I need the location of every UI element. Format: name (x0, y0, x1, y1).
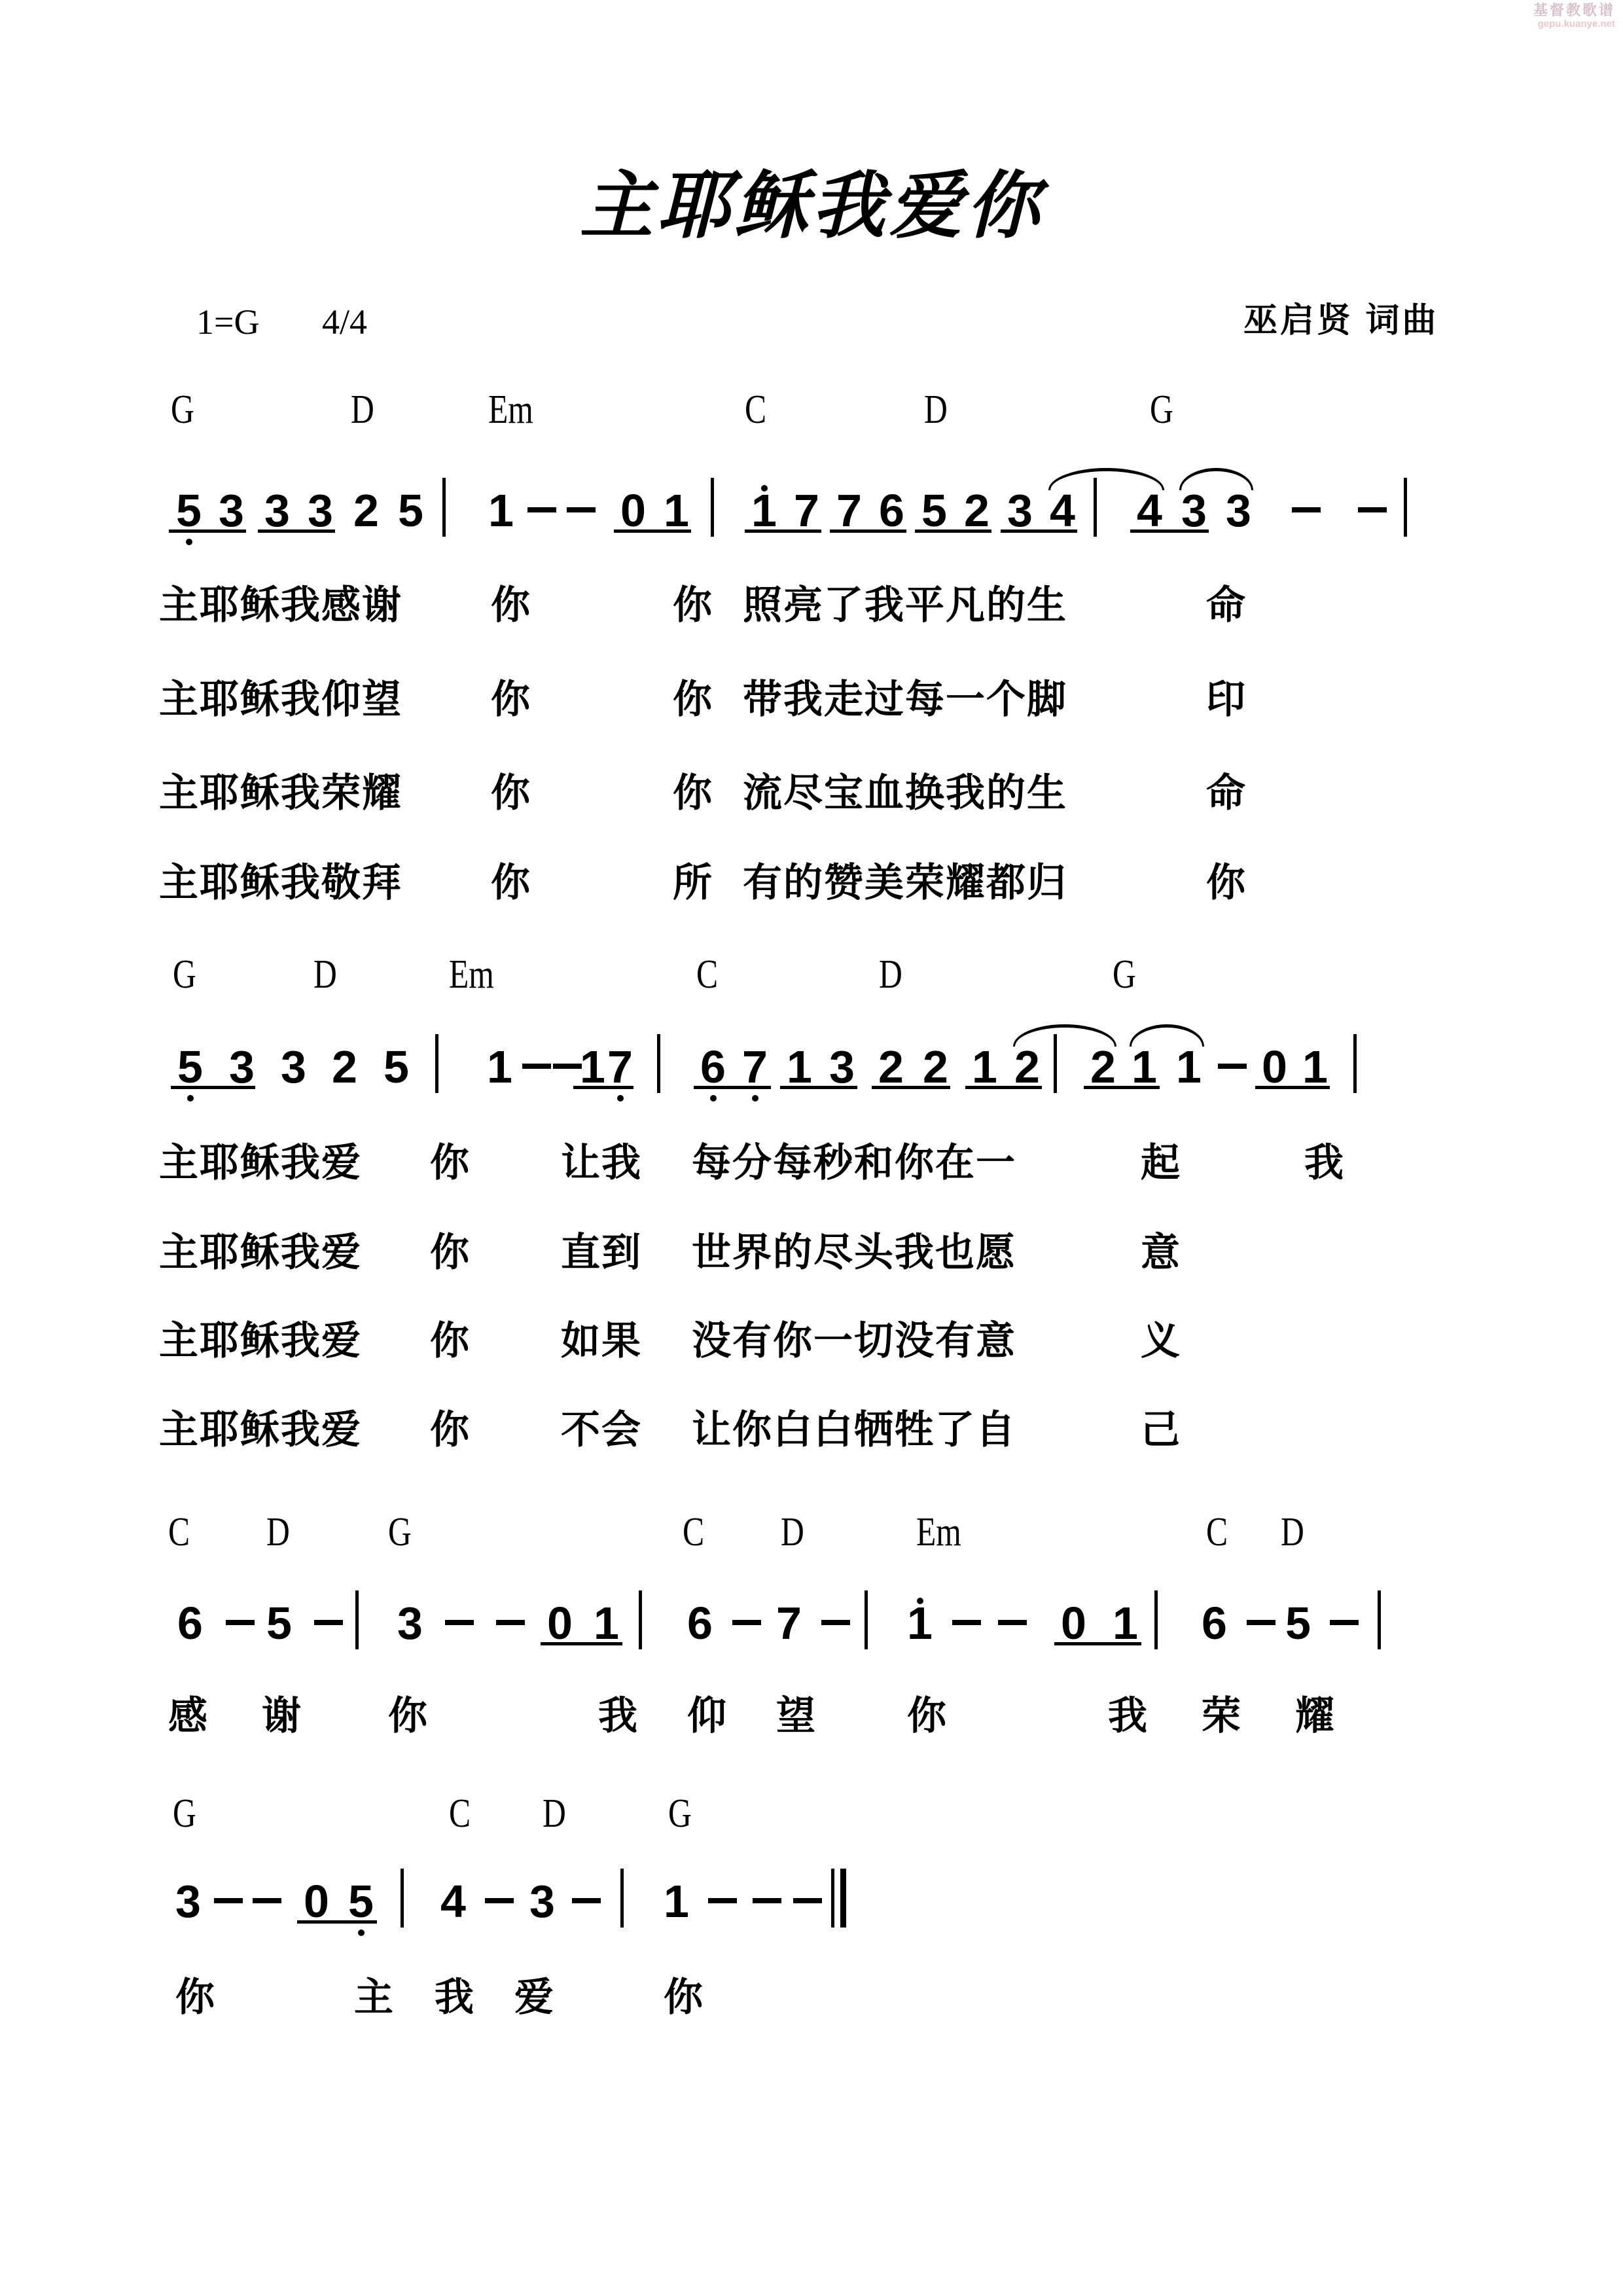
duration-dash (553, 1064, 582, 1069)
duration-dash (214, 1898, 243, 1903)
melody-note: 1 (972, 1044, 997, 1090)
melody-note: 7 (607, 1044, 633, 1090)
melody-note: 3 (281, 1044, 306, 1090)
octave-dot-low (617, 1095, 624, 1102)
tie-arc (1013, 1024, 1116, 1047)
melody-note: 4 (1050, 488, 1075, 533)
beam-underline (1054, 1642, 1141, 1645)
beam-underline (915, 529, 991, 533)
barline (1154, 1590, 1158, 1649)
lyric-text: 命 (1206, 772, 1247, 814)
chord-label: G (171, 389, 194, 430)
lyric-text: 主耶稣我荣耀 (159, 772, 402, 814)
duration-dash (998, 1620, 1027, 1625)
melody-note: 0 (1262, 1044, 1287, 1090)
chord-label: Em (916, 1512, 961, 1552)
duration-dash (314, 1620, 343, 1625)
lyric-text: 你 (175, 1977, 216, 2018)
barline (865, 1590, 868, 1649)
lyric-text: 每分每秒和你在一 (692, 1142, 1016, 1184)
lyric-text: 没有你一切没有意 (692, 1320, 1016, 1362)
lyric-text: 谢 (262, 1695, 302, 1737)
chord-label: D (879, 954, 902, 995)
melody-note: 2 (878, 1044, 904, 1090)
duration-dash (952, 1620, 981, 1625)
lyric-text: 带我走过每一个脚 (743, 679, 1067, 721)
lyric-text: 主耶稣我爱 (159, 1320, 362, 1362)
chord-label: D (781, 1512, 804, 1552)
lyric-text: 我 (1304, 1142, 1345, 1184)
final-barline-thick (840, 1869, 846, 1928)
chord-label: D (1281, 1512, 1304, 1552)
lyric-text: 主耶稣我爱 (159, 1232, 362, 1274)
lyric-text: 主耶稣我感谢 (159, 584, 402, 626)
lyric-text: 意 (1141, 1232, 1181, 1274)
lyric-text: 你 (491, 862, 531, 904)
beam-underline (297, 1920, 377, 1924)
duration-dash (732, 1620, 761, 1625)
lyric-text: 主耶稣我仰望 (159, 679, 402, 721)
tie-arc (1130, 1024, 1204, 1047)
beam-underline (1001, 529, 1077, 533)
lyric-text: 你 (430, 1409, 471, 1451)
octave-dot-low (710, 1095, 717, 1102)
melody-note: 7 (794, 488, 819, 533)
barline (1353, 1034, 1357, 1093)
chord-label: Em (488, 389, 533, 430)
melody-note: 1 (488, 488, 514, 533)
lyric-text: 我 (598, 1695, 639, 1737)
melody-note: 2 (1014, 1044, 1040, 1090)
lyric-text: 感 (168, 1695, 209, 1737)
chord-label: C (745, 389, 766, 430)
lyric-text: 我 (1108, 1695, 1149, 1737)
melody-note: 1 (1113, 1600, 1138, 1646)
lyric-text: 直到 (561, 1232, 642, 1274)
melody-note: 3 (175, 1878, 201, 1924)
melody-note: 3 (264, 488, 290, 533)
melody-note: 3 (219, 488, 244, 533)
melody-note: 3 (1181, 488, 1207, 533)
melody-note: 2 (353, 488, 379, 533)
lyric-text: 你 (388, 1695, 429, 1737)
melody-note: 3 (1226, 488, 1251, 533)
duration-dash (496, 1620, 525, 1625)
melody-note: 7 (742, 1044, 768, 1090)
melody-note: 4 (440, 1878, 466, 1924)
duration-dash (567, 507, 596, 512)
lyric-text: 你 (907, 1695, 948, 1737)
chord-label: G (388, 1512, 412, 1552)
watermark-brand: 基督教歌谱 (1533, 3, 1615, 18)
tie-arc (1179, 468, 1253, 490)
beam-underline (694, 1086, 771, 1089)
duration-dash (793, 1898, 822, 1903)
lyric-text: 照亮了我平凡的生 (743, 584, 1067, 626)
duration-dash (1358, 507, 1387, 512)
lyric-text: 起 (1141, 1142, 1181, 1184)
melody-note: 3 (397, 1600, 423, 1646)
barline (442, 478, 446, 537)
chord-label: G (173, 1793, 196, 1834)
octave-dot-low (752, 1095, 758, 1102)
lyric-text: 荣 (1202, 1695, 1242, 1737)
lyric-text: 你 (430, 1142, 471, 1184)
lyric-text: 爱 (514, 1977, 555, 2018)
barline (639, 1590, 642, 1649)
beam-underline (745, 529, 821, 533)
duration-dash (445, 1620, 474, 1625)
lyric-text: 你 (673, 772, 713, 814)
melody-note: 6 (687, 1600, 713, 1646)
beam-underline (171, 1086, 255, 1089)
melody-note: 5 (921, 488, 947, 533)
chord-label: D (924, 389, 948, 430)
duration-dash (821, 1620, 850, 1625)
duration-dash (572, 1898, 601, 1903)
lyric-text: 让你白白牺牲了自 (692, 1409, 1016, 1451)
lyric-text: 你 (491, 772, 531, 814)
octave-dot-low (358, 1929, 365, 1936)
key-signature: 1=G (196, 302, 259, 342)
lyric-text: 世界的尽头我也愿 (692, 1232, 1016, 1274)
beam-underline (965, 1086, 1042, 1089)
barline (1404, 478, 1407, 537)
melody-note: 5 (383, 1044, 409, 1090)
melody-note: 5 (398, 488, 423, 533)
melody-note: 2 (1090, 1044, 1116, 1090)
chord-label: G (1150, 389, 1173, 430)
composer-credit: 巫启贤 词曲 (1243, 301, 1438, 340)
melody-note: 0 (304, 1878, 329, 1924)
melody-note: 5 (266, 1600, 292, 1646)
chord-label: C (449, 1793, 471, 1834)
melody-note: 4 (1137, 488, 1162, 533)
chord-label: G (668, 1793, 692, 1834)
duration-dash (1247, 1620, 1275, 1625)
duration-dash (1218, 1064, 1247, 1069)
duration-dash (708, 1898, 737, 1903)
duration-dash (522, 1064, 551, 1069)
melody-note: 6 (879, 488, 904, 533)
duration-dash (1292, 507, 1321, 512)
chord-label: D (313, 954, 337, 995)
melody-note: 1 (1132, 1044, 1157, 1090)
melody-note: 3 (1007, 488, 1033, 533)
barline (657, 1034, 660, 1093)
melody-note: 1 (787, 1044, 812, 1090)
duration-dash (253, 1898, 281, 1903)
beam-underline (830, 529, 906, 533)
tie-arc (1048, 468, 1164, 490)
lyric-text: 义 (1141, 1320, 1181, 1362)
melody-note: 3 (229, 1044, 255, 1090)
lyric-text: 你 (673, 679, 713, 721)
melody-note: 1 (664, 488, 689, 533)
barline (401, 1869, 404, 1928)
melody-note: 3 (829, 1044, 855, 1090)
beam-underline (780, 1086, 857, 1089)
melody-note: 1 (580, 1044, 605, 1090)
chord-label: D (543, 1793, 566, 1834)
final-barline-thin (831, 1869, 834, 1928)
barline (355, 1590, 359, 1649)
melody-note: 5 (348, 1878, 374, 1924)
beam-underline (258, 529, 335, 533)
beam-underline (541, 1642, 622, 1645)
chord-label: Em (449, 954, 494, 995)
melody-note: 1 (664, 1878, 689, 1924)
melody-note: 2 (332, 1044, 357, 1090)
melody-note: 0 (620, 488, 646, 533)
lyric-text: 望 (776, 1695, 817, 1737)
beam-underline (1255, 1086, 1330, 1089)
duration-dash (753, 1898, 781, 1903)
lyric-text: 仰 (687, 1695, 728, 1737)
duration-dash (485, 1898, 514, 1903)
melody-note: 5 (1285, 1600, 1311, 1646)
lyric-text: 有的赞美荣耀都归 (743, 862, 1067, 904)
song-title: 主耶稣我爱你 (0, 164, 1623, 249)
lyric-text: 主耶稣我敬拜 (159, 862, 402, 904)
melody-note: 3 (308, 488, 333, 533)
melody-note: 2 (964, 488, 990, 533)
beam-underline (1084, 1086, 1160, 1089)
beam-underline (1130, 529, 1209, 533)
lyric-text: 你 (664, 1977, 704, 2018)
chord-label: C (683, 1512, 704, 1552)
octave-dot-low (187, 1095, 194, 1102)
lyric-text: 流尽宝血换我的生 (743, 772, 1067, 814)
melody-note: 2 (923, 1044, 948, 1090)
melody-note: 0 (547, 1600, 573, 1646)
melody-note: 7 (836, 488, 862, 533)
melody-note: 5 (177, 1044, 203, 1090)
lyric-text: 耀 (1295, 1695, 1336, 1737)
melody-note: 6 (177, 1600, 203, 1646)
barline (435, 1034, 438, 1093)
melody-note: 1 (751, 488, 777, 533)
melody-note: 3 (529, 1878, 555, 1924)
duration-dash (1330, 1620, 1359, 1625)
time-signature: 4/4 (322, 302, 367, 342)
lyric-text: 不会 (561, 1409, 642, 1451)
watermark: 基督教歌谱 gepu.kuanye.net (1533, 3, 1615, 30)
lyric-text: 你 (1206, 862, 1247, 904)
melody-note: 5 (176, 488, 202, 533)
chord-label: C (1206, 1512, 1228, 1552)
lyric-text: 我 (435, 1977, 475, 2018)
lyric-text: 命 (1206, 584, 1247, 626)
barline (1378, 1590, 1381, 1649)
lyric-text: 印 (1206, 679, 1247, 721)
octave-dot-high (917, 1598, 923, 1604)
lyric-text: 己 (1141, 1409, 1181, 1451)
octave-dot-low (186, 539, 192, 545)
lyric-text: 你 (430, 1320, 471, 1362)
melody-note: 6 (1202, 1600, 1227, 1646)
melody-note: 0 (1061, 1600, 1086, 1646)
lyric-text: 你 (430, 1232, 471, 1274)
chord-label: C (168, 1512, 190, 1552)
lyric-text: 你 (491, 584, 531, 626)
chord-label: C (696, 954, 718, 995)
beam-underline (872, 1086, 950, 1089)
lyric-text: 主耶稣我爱 (159, 1409, 362, 1451)
melody-note: 1 (1302, 1044, 1328, 1090)
lyric-text: 主 (354, 1977, 395, 2018)
lyric-text: 让我 (561, 1142, 642, 1184)
octave-dot-high (761, 485, 768, 492)
lyric-text: 如果 (561, 1320, 642, 1362)
chord-label: D (351, 389, 374, 430)
melody-note: 1 (907, 1600, 933, 1646)
lyric-text: 主耶稣我爱 (159, 1142, 362, 1184)
barline (711, 478, 714, 537)
duration-dash (527, 507, 556, 512)
chord-label: G (173, 954, 196, 995)
duration-dash (226, 1620, 255, 1625)
beam-underline (573, 1086, 633, 1089)
lyric-text: 你 (673, 584, 713, 626)
chord-label: D (266, 1512, 290, 1552)
watermark-url: gepu.kuanye.net (1533, 18, 1615, 30)
barline (620, 1869, 624, 1928)
beam-underline (614, 529, 691, 533)
melody-note: 1 (1176, 1044, 1202, 1090)
chord-label: G (1113, 954, 1136, 995)
beam-underline (169, 529, 246, 533)
lyric-text: 你 (491, 679, 531, 721)
sheet-page: 主耶稣我爱你 1=G 4/4 巫启贤 词曲 基督教歌谱 gepu.kuanye.… (0, 0, 1623, 2296)
melody-note: 7 (776, 1600, 802, 1646)
melody-note: 1 (594, 1600, 619, 1646)
melody-note: 1 (487, 1044, 512, 1090)
lyric-text: 所 (673, 862, 713, 904)
melody-note: 6 (700, 1044, 726, 1090)
